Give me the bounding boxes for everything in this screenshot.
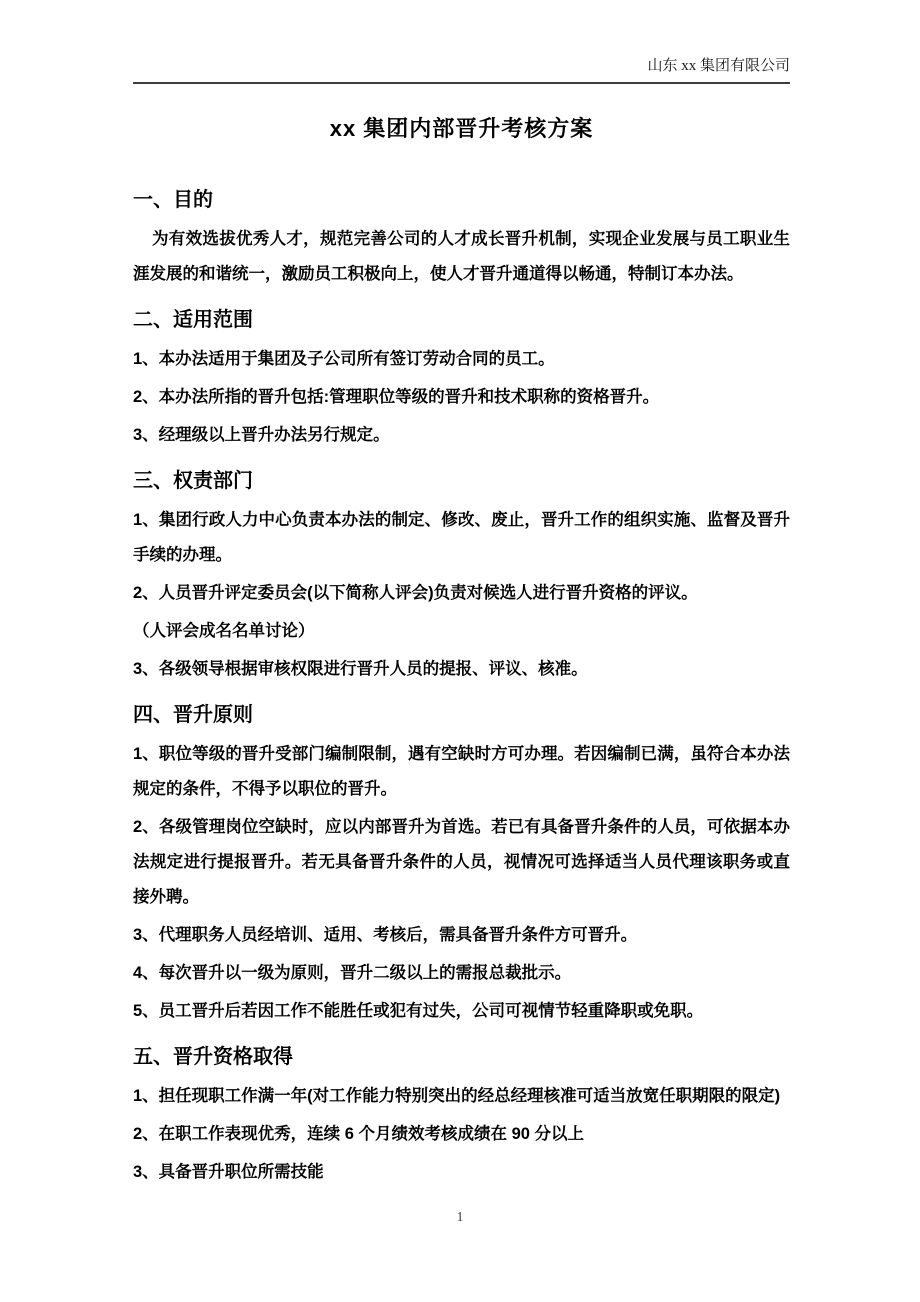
list-item: 2、本办法所指的晋升包括:管理职位等级的晋升和技术职称的资格晋升。: [133, 380, 790, 415]
note-line: （人评会成名名单讨论）: [133, 614, 790, 649]
document-title: xx 集团内部晋升考核方案: [133, 114, 790, 144]
document-page: 山东 xx 集团有限公司 xx 集团内部晋升考核方案 一、目的 为有效选拔优秀人…: [0, 0, 920, 1302]
header-company-name: 山东 xx 集团有限公司: [647, 58, 790, 74]
list-item: 3、具备晋升职位所需技能: [133, 1155, 790, 1190]
list-item: 2、人员晋升评定委员会(以下简称人评会)负责对候选人进行晋升资格的评议。: [133, 576, 790, 611]
section-1-paragraph: 为有效选拔优秀人才，规范完善公司的人才成长晋升机制，实现企业发展与员工职业生涯发…: [133, 222, 790, 292]
page-footer: 1: [0, 1210, 920, 1226]
list-item: 3、代理职务人员经培训、适用、考核后，需具备晋升条件方可晋升。: [133, 918, 790, 953]
section-heading-4: 四、晋升原则: [133, 703, 790, 727]
list-item: 5、员工晋升后若因工作不能胜任或犯有过失，公司可视情节轻重降职或免职。: [133, 994, 790, 1029]
list-item: 1、职位等级的晋升受部门编制限制，遇有空缺时方可办理。若因编制已满，虽符合本办法…: [133, 737, 790, 807]
section-heading-1: 一、目的: [133, 188, 790, 212]
page-header: 山东 xx 集团有限公司: [133, 56, 790, 84]
list-item: 2、各级管理岗位空缺时，应以内部晋升为首选。若已有具备晋升条件的人员，可依据本办…: [133, 810, 790, 915]
list-item: 1、本办法适用于集团及子公司所有签订劳动合同的员工。: [133, 342, 790, 377]
list-item: 3、经理级以上晋升办法另行规定。: [133, 418, 790, 453]
section-heading-3: 三、权责部门: [133, 469, 790, 493]
list-item: 3、各级领导根据审核权限进行晋升人员的提报、评议、核准。: [133, 652, 790, 687]
list-item: 1、集团行政人力中心负责本办法的制定、修改、废止，晋升工作的组织实施、监督及晋升…: [133, 503, 790, 573]
section-heading-2: 二、适用范围: [133, 308, 790, 332]
list-item: 1、担任现职工作满一年(对工作能力特别突出的经总经理核准可适当放宽任职期限的限定…: [133, 1079, 790, 1114]
section-heading-5: 五、晋升资格取得: [133, 1045, 790, 1069]
list-item: 4、每次晋升以一级为原则，晋升二级以上的需报总裁批示。: [133, 956, 790, 991]
page-number: 1: [457, 1210, 464, 1225]
list-item: 2、在职工作表现优秀，连续 6 个月绩效考核成绩在 90 分以上: [133, 1117, 790, 1152]
